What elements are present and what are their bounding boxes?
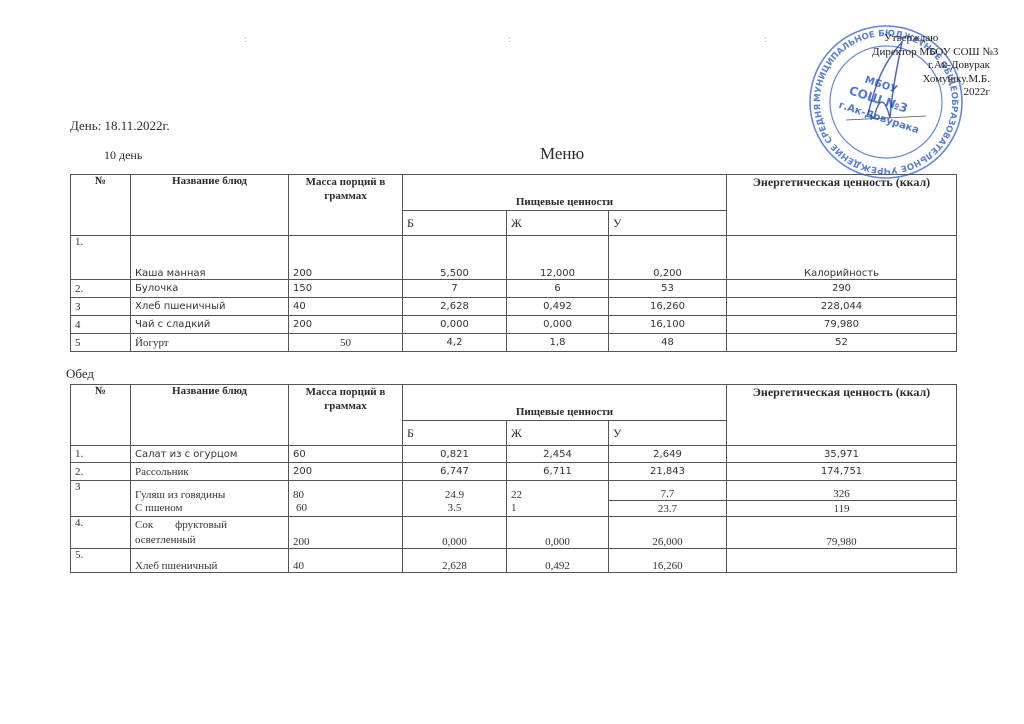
dish-name-line: Сок фруктовый xyxy=(135,519,227,531)
dish-name: Хлеб пшеничный xyxy=(131,549,289,573)
dish-carbs: 7.7 xyxy=(609,481,727,501)
row-number: 2. xyxy=(71,280,131,298)
header-protein: Б xyxy=(403,211,507,236)
table-row: 2. Булочка 150 7 6 53 290 xyxy=(71,280,957,298)
approval-position: Директор МБОУ СОШ №3 xyxy=(872,46,990,60)
dish-name: Чай с сладкий xyxy=(131,316,289,334)
table-row: 4. Сок фруктовыйосветленный 200 0,000 0,… xyxy=(71,517,957,549)
header-number: № xyxy=(71,385,131,446)
dish-energy: Калорийность xyxy=(727,236,957,280)
header-portion-mass: Масса порций в граммах xyxy=(289,175,403,236)
dish-protein: 5,500 xyxy=(403,236,507,280)
dish-name: Салат из с огурцом xyxy=(131,446,289,463)
approval-name: Хомушку.М.Б. xyxy=(872,73,990,87)
dish-fat: 1,8 xyxy=(507,334,609,352)
header-fat: Ж xyxy=(507,211,609,236)
page-title: Меню xyxy=(540,144,584,164)
approval-city: г.Ак-Довурак xyxy=(872,59,990,73)
dish-fat: 2,454 xyxy=(507,446,609,463)
row-number: 2. xyxy=(71,463,131,481)
dish-protein: 3.5 xyxy=(403,501,507,517)
dish-name: Гуляш из говядины xyxy=(131,481,289,501)
dish-protein: 0,821 xyxy=(403,446,507,463)
table-row: 1. Каша манная 200 5,500 12,000 0,200 Ка… xyxy=(71,236,957,280)
dish-carbs: 2,649 xyxy=(609,446,727,463)
table-row: 4 Чай с сладкий 200 0,000 0,000 16,100 7… xyxy=(71,316,957,334)
breakfast-table: № Название блюд Масса порций в граммах П… xyxy=(70,174,957,352)
dish-name: С пшеном xyxy=(131,501,289,517)
header-protein: Б xyxy=(403,421,507,446)
header-energy: Энергетическая ценность (ккал) xyxy=(727,175,957,236)
dish-energy: 79,980 xyxy=(727,517,957,549)
row-number: 5. xyxy=(71,549,131,573)
row-number: 1. xyxy=(71,446,131,463)
table-row: 3 Гуляш из говядины 80 24.9 22 7.7 326 xyxy=(71,481,957,501)
dish-name: Рассольник xyxy=(131,463,289,481)
row-number: 4. xyxy=(71,517,131,549)
dish-fat: 0,492 xyxy=(507,298,609,316)
dish-protein: 7 xyxy=(403,280,507,298)
dish-fat: 0,000 xyxy=(507,316,609,334)
dish-mass: 60 xyxy=(289,446,403,463)
dish-protein: 2,628 xyxy=(403,298,507,316)
dish-carbs: 26,000 xyxy=(609,517,727,549)
row-number: 3 xyxy=(71,481,131,517)
dish-carbs: 0,200 xyxy=(609,236,727,280)
dish-energy: 326 xyxy=(727,481,957,501)
dish-mass: 200 xyxy=(289,517,403,549)
day-date-label: День: 18.11.2022г. xyxy=(70,118,170,134)
dish-protein: 24.9 xyxy=(403,481,507,501)
separator-mark: : xyxy=(508,34,511,44)
dish-mass: 40 xyxy=(289,549,403,573)
lunch-section-label: Обед xyxy=(66,366,94,382)
dish-fat: 12,000 xyxy=(507,236,609,280)
approval-block: Утверждаю Директор МБОУ СОШ №3 г.Ак-Дову… xyxy=(872,32,990,100)
dish-name-line: осветленный xyxy=(135,534,196,546)
dish-energy: 35,971 xyxy=(727,446,957,463)
dish-fat: 6,711 xyxy=(507,463,609,481)
dish-carbs: 53 xyxy=(609,280,727,298)
separator-mark: : xyxy=(244,34,247,44)
header-dish-name: Название блюд xyxy=(131,385,289,446)
header-number: № xyxy=(71,175,131,236)
dish-fat: 22 xyxy=(507,481,609,501)
day-number-label: 10 день xyxy=(104,148,142,163)
dish-name: Йогурт xyxy=(131,334,289,352)
dish-protein: 0,000 xyxy=(403,517,507,549)
dish-name: Хлеб пшеничный xyxy=(131,298,289,316)
separator-mark: : xyxy=(764,34,767,44)
header-portion-mass: Масса порций в граммах xyxy=(289,385,403,446)
header-carbs: У xyxy=(609,211,727,236)
dish-energy: 79,980 xyxy=(727,316,957,334)
header-carbs: У xyxy=(609,421,727,446)
approval-year: 2022г xyxy=(872,86,990,100)
dish-mass: 200 xyxy=(289,463,403,481)
dish-protein: 2,628 xyxy=(403,549,507,573)
dish-energy: 228,044 xyxy=(727,298,957,316)
table-row: 3 Хлеб пшеничный 40 2,628 0,492 16,260 2… xyxy=(71,298,957,316)
table-row: С пшеном 60 3.5 1 23.7 119 xyxy=(71,501,957,517)
dish-energy: 174,751 xyxy=(727,463,957,481)
dish-carbs: 23.7 xyxy=(609,501,727,517)
dish-fat: 1 xyxy=(507,501,609,517)
table-row: 2. Рассольник 200 6,747 6,711 21,843 174… xyxy=(71,463,957,481)
header-dish-name: Название блюд xyxy=(131,175,289,236)
dish-protein: 6,747 xyxy=(403,463,507,481)
row-number: 3 xyxy=(71,298,131,316)
dish-mass: 40 xyxy=(289,298,403,316)
table-row: 1. Салат из с огурцом 60 0,821 2,454 2,6… xyxy=(71,446,957,463)
dish-carbs: 16,100 xyxy=(609,316,727,334)
dish-mass: 80 xyxy=(289,481,403,501)
dish-name: Сок фруктовыйосветленный xyxy=(131,517,289,549)
dish-energy: 290 xyxy=(727,280,957,298)
approval-title: Утверждаю xyxy=(872,32,990,46)
dish-energy: 119 xyxy=(727,501,957,517)
header-fat: Ж xyxy=(507,421,609,446)
dish-mass: 50 xyxy=(289,334,403,352)
header-energy: Энергетическая ценность (ккал) xyxy=(727,385,957,446)
dish-energy xyxy=(727,549,957,573)
row-number: 5 xyxy=(71,334,131,352)
dish-carbs: 16,260 xyxy=(609,549,727,573)
dish-mass: 60 xyxy=(289,501,403,517)
dish-carbs: 21,843 xyxy=(609,463,727,481)
row-number: 1. xyxy=(71,236,131,280)
dish-mass: 200 xyxy=(289,236,403,280)
dish-fat: 0,000 xyxy=(507,517,609,549)
header-nutrition: Пищевые ценности xyxy=(403,385,727,421)
row-number: 4 xyxy=(71,316,131,334)
dish-protein: 4,2 xyxy=(403,334,507,352)
dish-name: Булочка xyxy=(131,280,289,298)
dish-carbs: 16,260 xyxy=(609,298,727,316)
header-nutrition: Пищевые ценности xyxy=(403,175,727,211)
table-row: 5. Хлеб пшеничный 40 2,628 0,492 16,260 xyxy=(71,549,957,573)
lunch-table: № Название блюд Масса порций в граммах П… xyxy=(70,384,957,573)
dish-mass: 150 xyxy=(289,280,403,298)
dish-name: Каша манная xyxy=(131,236,289,280)
dish-fat: 0,492 xyxy=(507,549,609,573)
dish-carbs: 48 xyxy=(609,334,727,352)
table-row: 5 Йогурт 50 4,2 1,8 48 52 xyxy=(71,334,957,352)
dish-mass: 200 xyxy=(289,316,403,334)
dish-protein: 0,000 xyxy=(403,316,507,334)
dish-energy: 52 xyxy=(727,334,957,352)
dish-fat: 6 xyxy=(507,280,609,298)
